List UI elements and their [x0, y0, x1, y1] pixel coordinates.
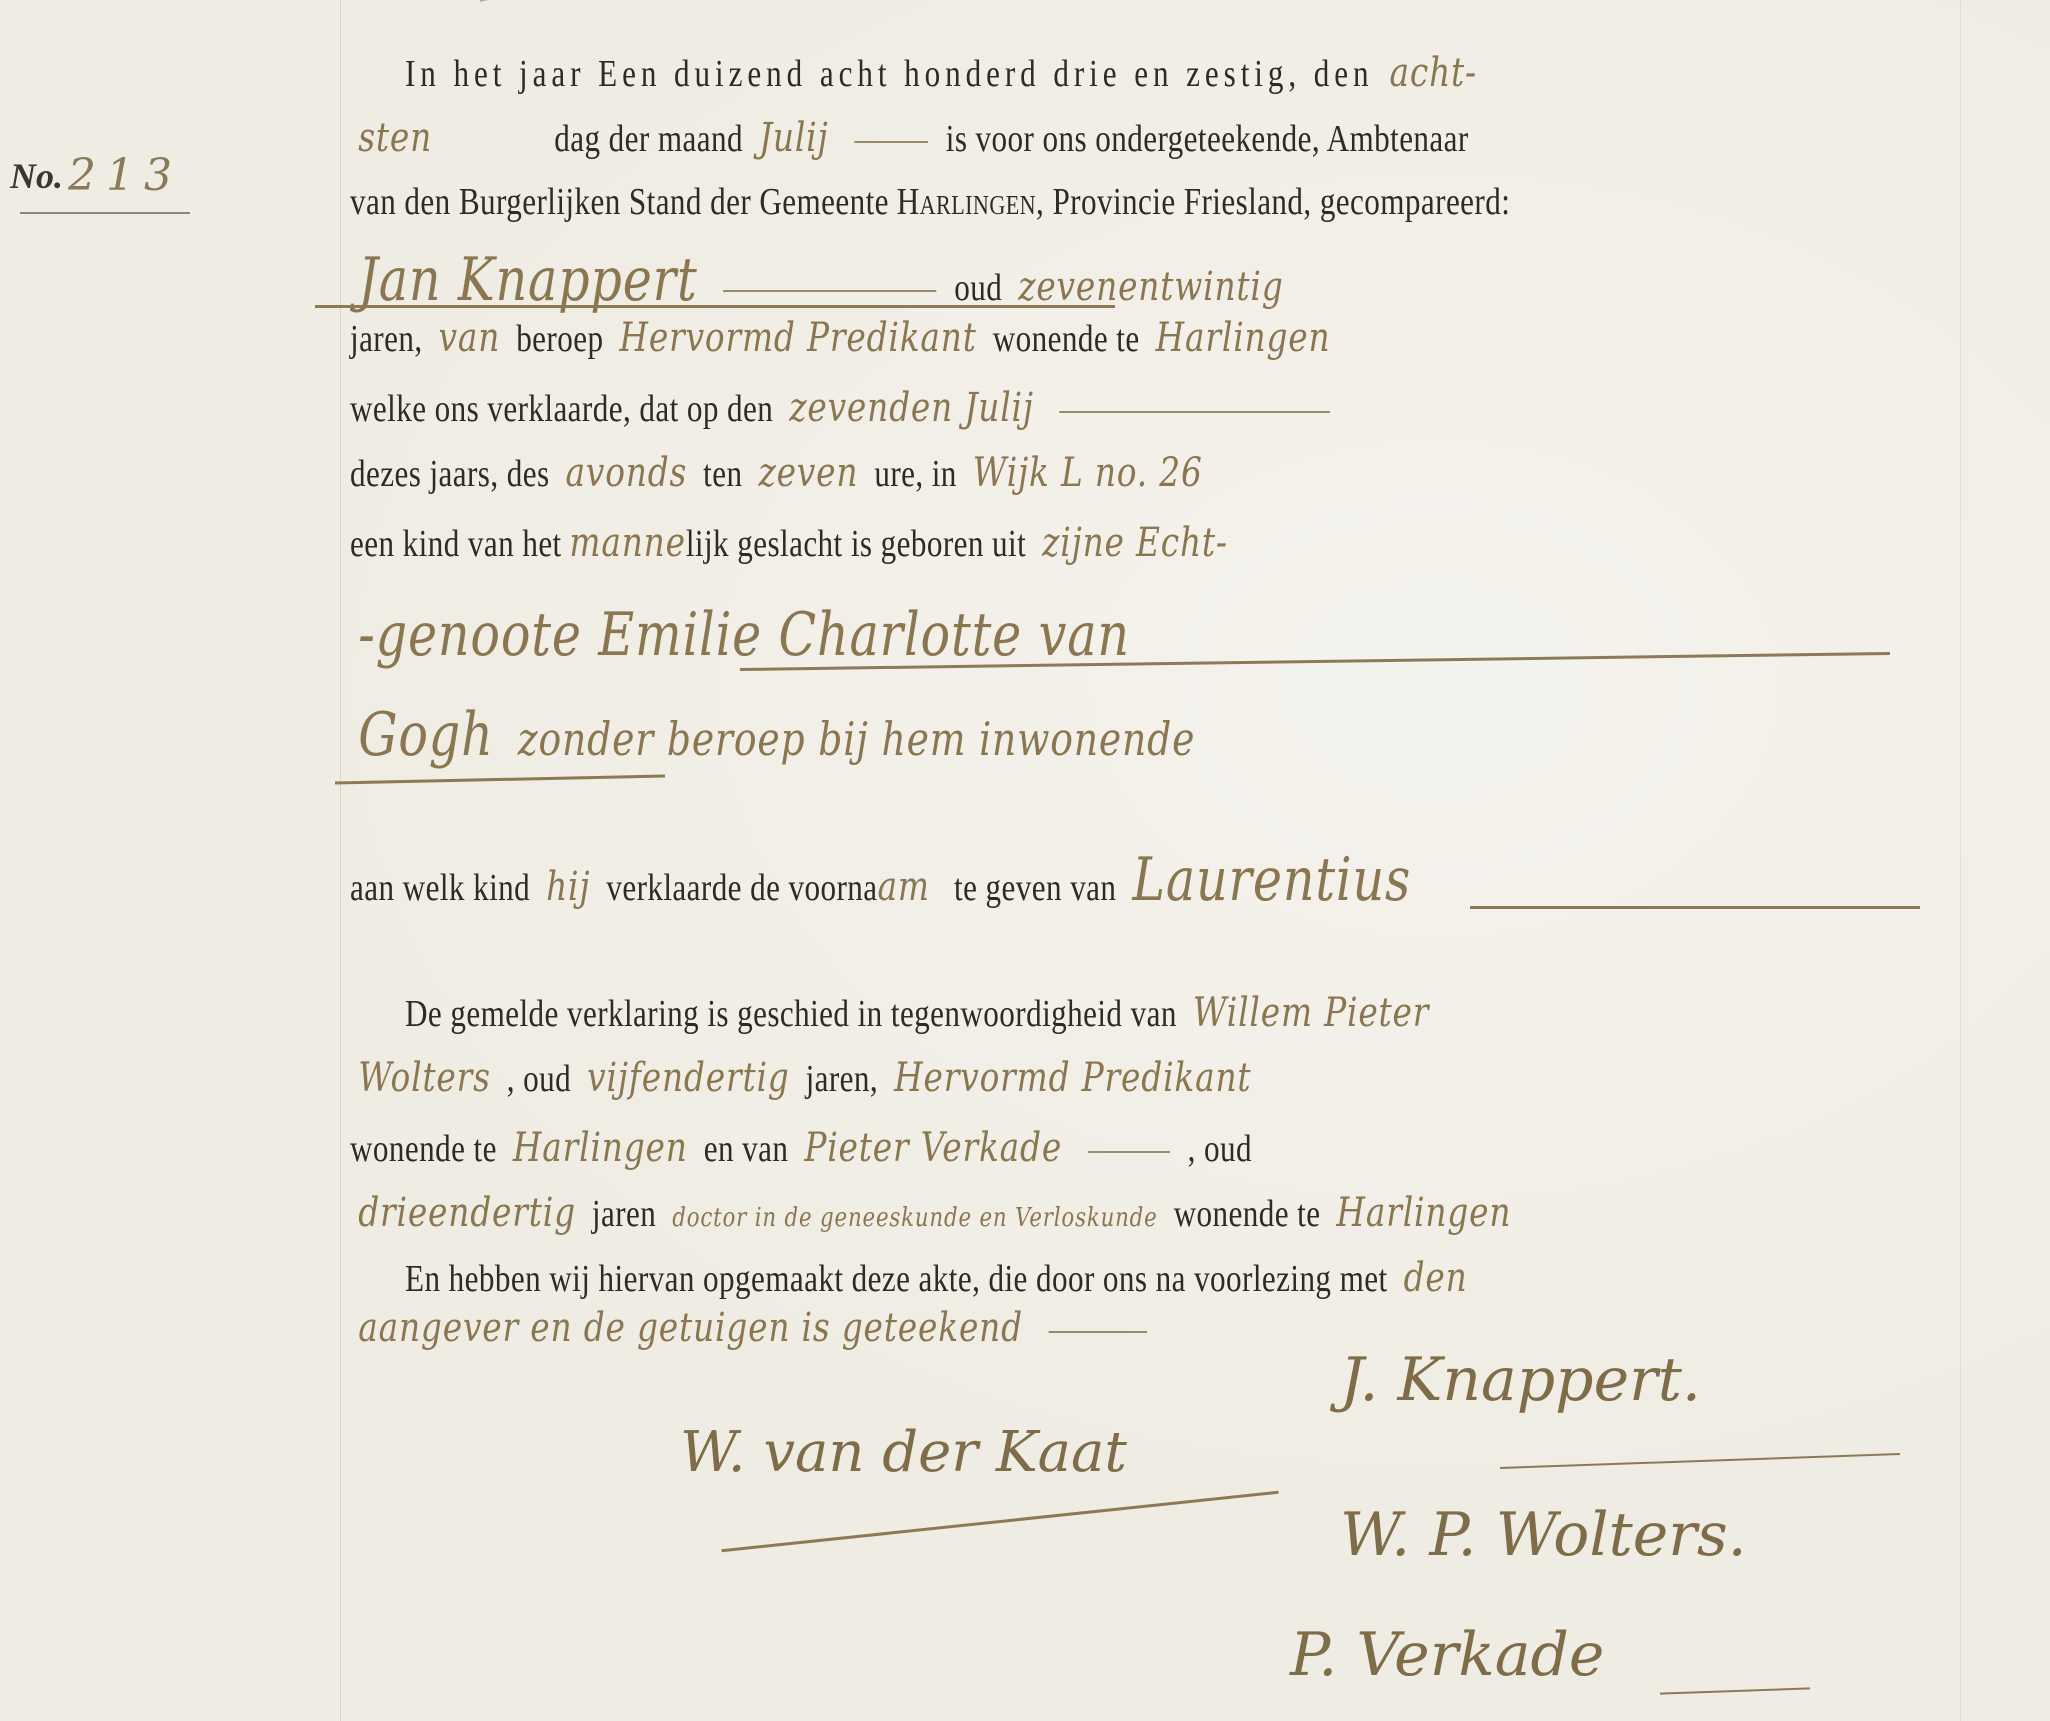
- line-13: Wolters , oud vijfendertig jaren, Hervor…: [350, 1055, 1260, 1115]
- record-number-label: No.: [10, 155, 63, 197]
- printed-text: En hebben wij hiervan opgemaakt deze akt…: [405, 1258, 1388, 1300]
- printed-text: een kind van het: [350, 523, 562, 565]
- handwritten-name: Gogh: [350, 700, 502, 770]
- handwritten-text: Willem Pieter: [1185, 990, 1438, 1036]
- handwritten-text: sten: [350, 115, 440, 161]
- handwritten-text: Harlingen: [505, 1125, 696, 1171]
- printed-text: welke ons verklaarde, dat op den: [350, 388, 773, 430]
- handwritten-text: Hervormd Predikant: [611, 315, 985, 361]
- printed-text: ure, in: [874, 453, 956, 495]
- line-14: wonende te Harlingen en van Pieter Verka…: [350, 1125, 1252, 1185]
- handwritten-text: acht-: [1381, 50, 1485, 96]
- handwritten-text: zevenden Julij: [781, 385, 1042, 431]
- fill-dash: [1049, 1331, 1147, 1333]
- record-number: 213: [68, 150, 182, 201]
- line-7: dezes jaars, des avonds ten zeven ure, i…: [350, 450, 1211, 510]
- line-4: Jan Knappert oud zevenentwintig: [350, 245, 1292, 325]
- line-3: van den Burgerlijken Stand der Gemeente …: [350, 180, 1510, 240]
- printed-text: wonende te: [993, 318, 1140, 360]
- handwritten-text: manne: [569, 520, 685, 566]
- handwritten-text: am: [878, 864, 947, 910]
- line-8: een kind van het mannelijk geslacht is g…: [350, 520, 1236, 580]
- printed-text: jaren,: [350, 318, 423, 360]
- printed-text: De gemelde verklaring is geschied in teg…: [405, 993, 1177, 1035]
- printed-text: ten: [703, 453, 742, 495]
- line-12: De gemelde verklaring is geschied in teg…: [405, 990, 1437, 1050]
- signature-registrar: W. van der Kaat: [680, 1420, 1127, 1485]
- printed-text: In het jaar Een duizend acht honderd dri…: [405, 53, 1374, 95]
- handwritten-text: zeven: [750, 450, 866, 496]
- line-2: sten dag der maand Julij is voor ons ond…: [350, 115, 1469, 175]
- handwritten-name: -genoote Emilie Charlotte van: [350, 600, 1138, 670]
- child-name-underline: [1470, 906, 1920, 909]
- printed-text: te geven van: [954, 867, 1116, 909]
- line-17: aangever en de getuigen is geteekend: [350, 1305, 1157, 1365]
- fill-dash: [1060, 411, 1331, 413]
- handwritten-text: Harlingen: [1147, 315, 1338, 361]
- printed-text: , oud: [507, 1058, 571, 1100]
- line-10: Gogh zonder beroep bij hem inwonende: [350, 700, 1203, 790]
- right-margin-rule: [1960, 0, 1961, 1721]
- printed-text: wonende te: [1174, 1193, 1321, 1235]
- handwritten-text: den: [1395, 1255, 1475, 1301]
- handwritten-text: Hervormd Predikant: [886, 1055, 1260, 1101]
- signature-witness-2: P. Verkade: [1290, 1620, 1604, 1690]
- printed-text: dezes jaars, des: [350, 453, 549, 495]
- registrar-flourish: [721, 1491, 1278, 1553]
- fill-dash: [854, 141, 928, 143]
- printed-text: van den Burgerlijken Stand der Gemeente: [350, 181, 889, 223]
- handwritten-text: van: [430, 315, 508, 361]
- handwritten-text: zijne Echt-: [1034, 520, 1236, 566]
- handwritten-text: avonds: [557, 450, 695, 496]
- fill-dash: [723, 290, 936, 292]
- witness-2-flourish: [1660, 1687, 1810, 1694]
- handwritten-text: aangever en de getuigen is geteekend: [350, 1305, 1031, 1351]
- printed-text: jaren,: [806, 1058, 879, 1100]
- father-flourish: [1500, 1453, 1900, 1469]
- printed-text: lijk geslacht is geboren uit: [686, 523, 1026, 565]
- signature-witness-1: W. P. Wolters.: [1340, 1500, 1747, 1570]
- name-underline: [315, 305, 1115, 308]
- handwritten-text: Pieter Verkade: [796, 1125, 1070, 1171]
- printed-text: dag der maand: [554, 118, 743, 160]
- document-page: No. 213 In het jaar Een duizend acht hon…: [0, 0, 2050, 1721]
- line-6: welke ons verklaarde, dat op den zevende…: [350, 385, 1340, 445]
- handwritten-text: hij: [538, 864, 599, 910]
- handwritten-text: vijfendertig: [579, 1055, 798, 1101]
- margin-rule: [340, 0, 341, 1721]
- line-1: In het jaar Een duizend acht honderd dri…: [405, 50, 1485, 110]
- printed-text: beroep: [516, 318, 603, 360]
- signature-father: J. Knappert.: [1340, 1345, 1701, 1415]
- handwritten-text: drieendertig: [350, 1190, 584, 1236]
- line-9: -genoote Emilie Charlotte van: [350, 600, 1138, 690]
- printed-text: , oud: [1188, 1128, 1252, 1170]
- printed-text: is voor ons ondergeteekende, Ambtenaar: [946, 118, 1469, 160]
- handwritten-text: Wolters: [350, 1055, 499, 1101]
- printed-text: oud: [954, 267, 1002, 309]
- child-name: Laurentius: [1124, 845, 1419, 915]
- handwritten-text: Harlingen: [1328, 1190, 1519, 1236]
- printed-text: , Provincie Friesland, gecompareerd:: [1036, 181, 1510, 223]
- record-number-rule: [20, 212, 190, 214]
- printed-text: aan welk kind: [350, 867, 530, 909]
- printed-city: Harlingen: [897, 181, 1036, 223]
- printed-text: wonende te: [350, 1128, 497, 1170]
- line-5: jaren, van beroep Hervormd Predikant won…: [350, 315, 1339, 375]
- printed-text: en van: [704, 1128, 789, 1170]
- handwritten-occupation: doctor in de geneeskunde en Verloskunde: [664, 1203, 1166, 1233]
- handwritten-text: zonder beroep bij hem inwonende: [510, 712, 1204, 766]
- line-15: drieendertig jaren doctor in de geneesku…: [350, 1190, 1519, 1250]
- handwritten-text: zevenentwintig: [1010, 264, 1292, 310]
- fill-dash: [1088, 1151, 1170, 1153]
- line-11: aan welk kind hij verklaarde de voornaam…: [350, 845, 1419, 915]
- printed-text: verklaarde de voorna: [606, 867, 877, 909]
- pencil-stroke: [480, 0, 772, 2]
- printed-text: jaren: [592, 1193, 656, 1235]
- handwritten-text: Julij: [751, 115, 837, 161]
- handwritten-text: Wijk L no. 26: [965, 450, 1211, 496]
